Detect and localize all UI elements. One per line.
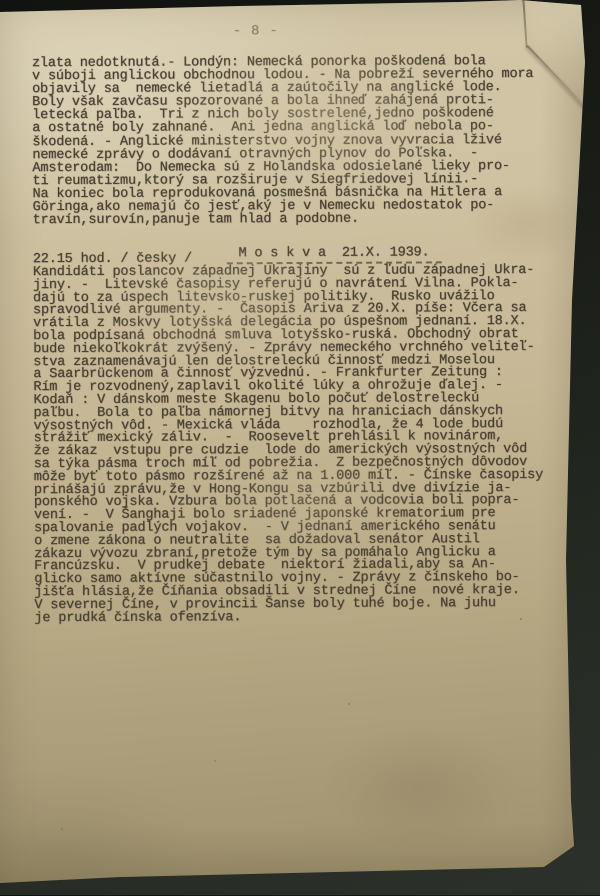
document-scan: - 8 - zlata nedotknutá.- Londýn: Nemecká… (0, 0, 600, 895)
text-line: travín,surovín,panuje tam hlad a podobne… (33, 212, 534, 227)
page-number: - 8 - (233, 24, 279, 39)
paragraph-moskva-news: Kandidáti poslancov západnej Ukrajiny sú… (33, 265, 544, 626)
typewritten-text-layer: - 8 - zlata nedotknutá.- Londýn: Nemecká… (0, 0, 600, 895)
paragraph-foreign-news: zlata nedotknutá.- Londýn: Nemecká ponor… (32, 55, 534, 227)
section-heading-text: M o s k v a 21.X. 1939. (226, 245, 441, 264)
paper-speckles (0, 0, 2, 2)
scanned-page: - 8 - zlata nedotknutá.- Londýn: Nemecká… (0, 0, 600, 895)
text-line: je prudká čínska ofenzíva. (34, 610, 543, 625)
